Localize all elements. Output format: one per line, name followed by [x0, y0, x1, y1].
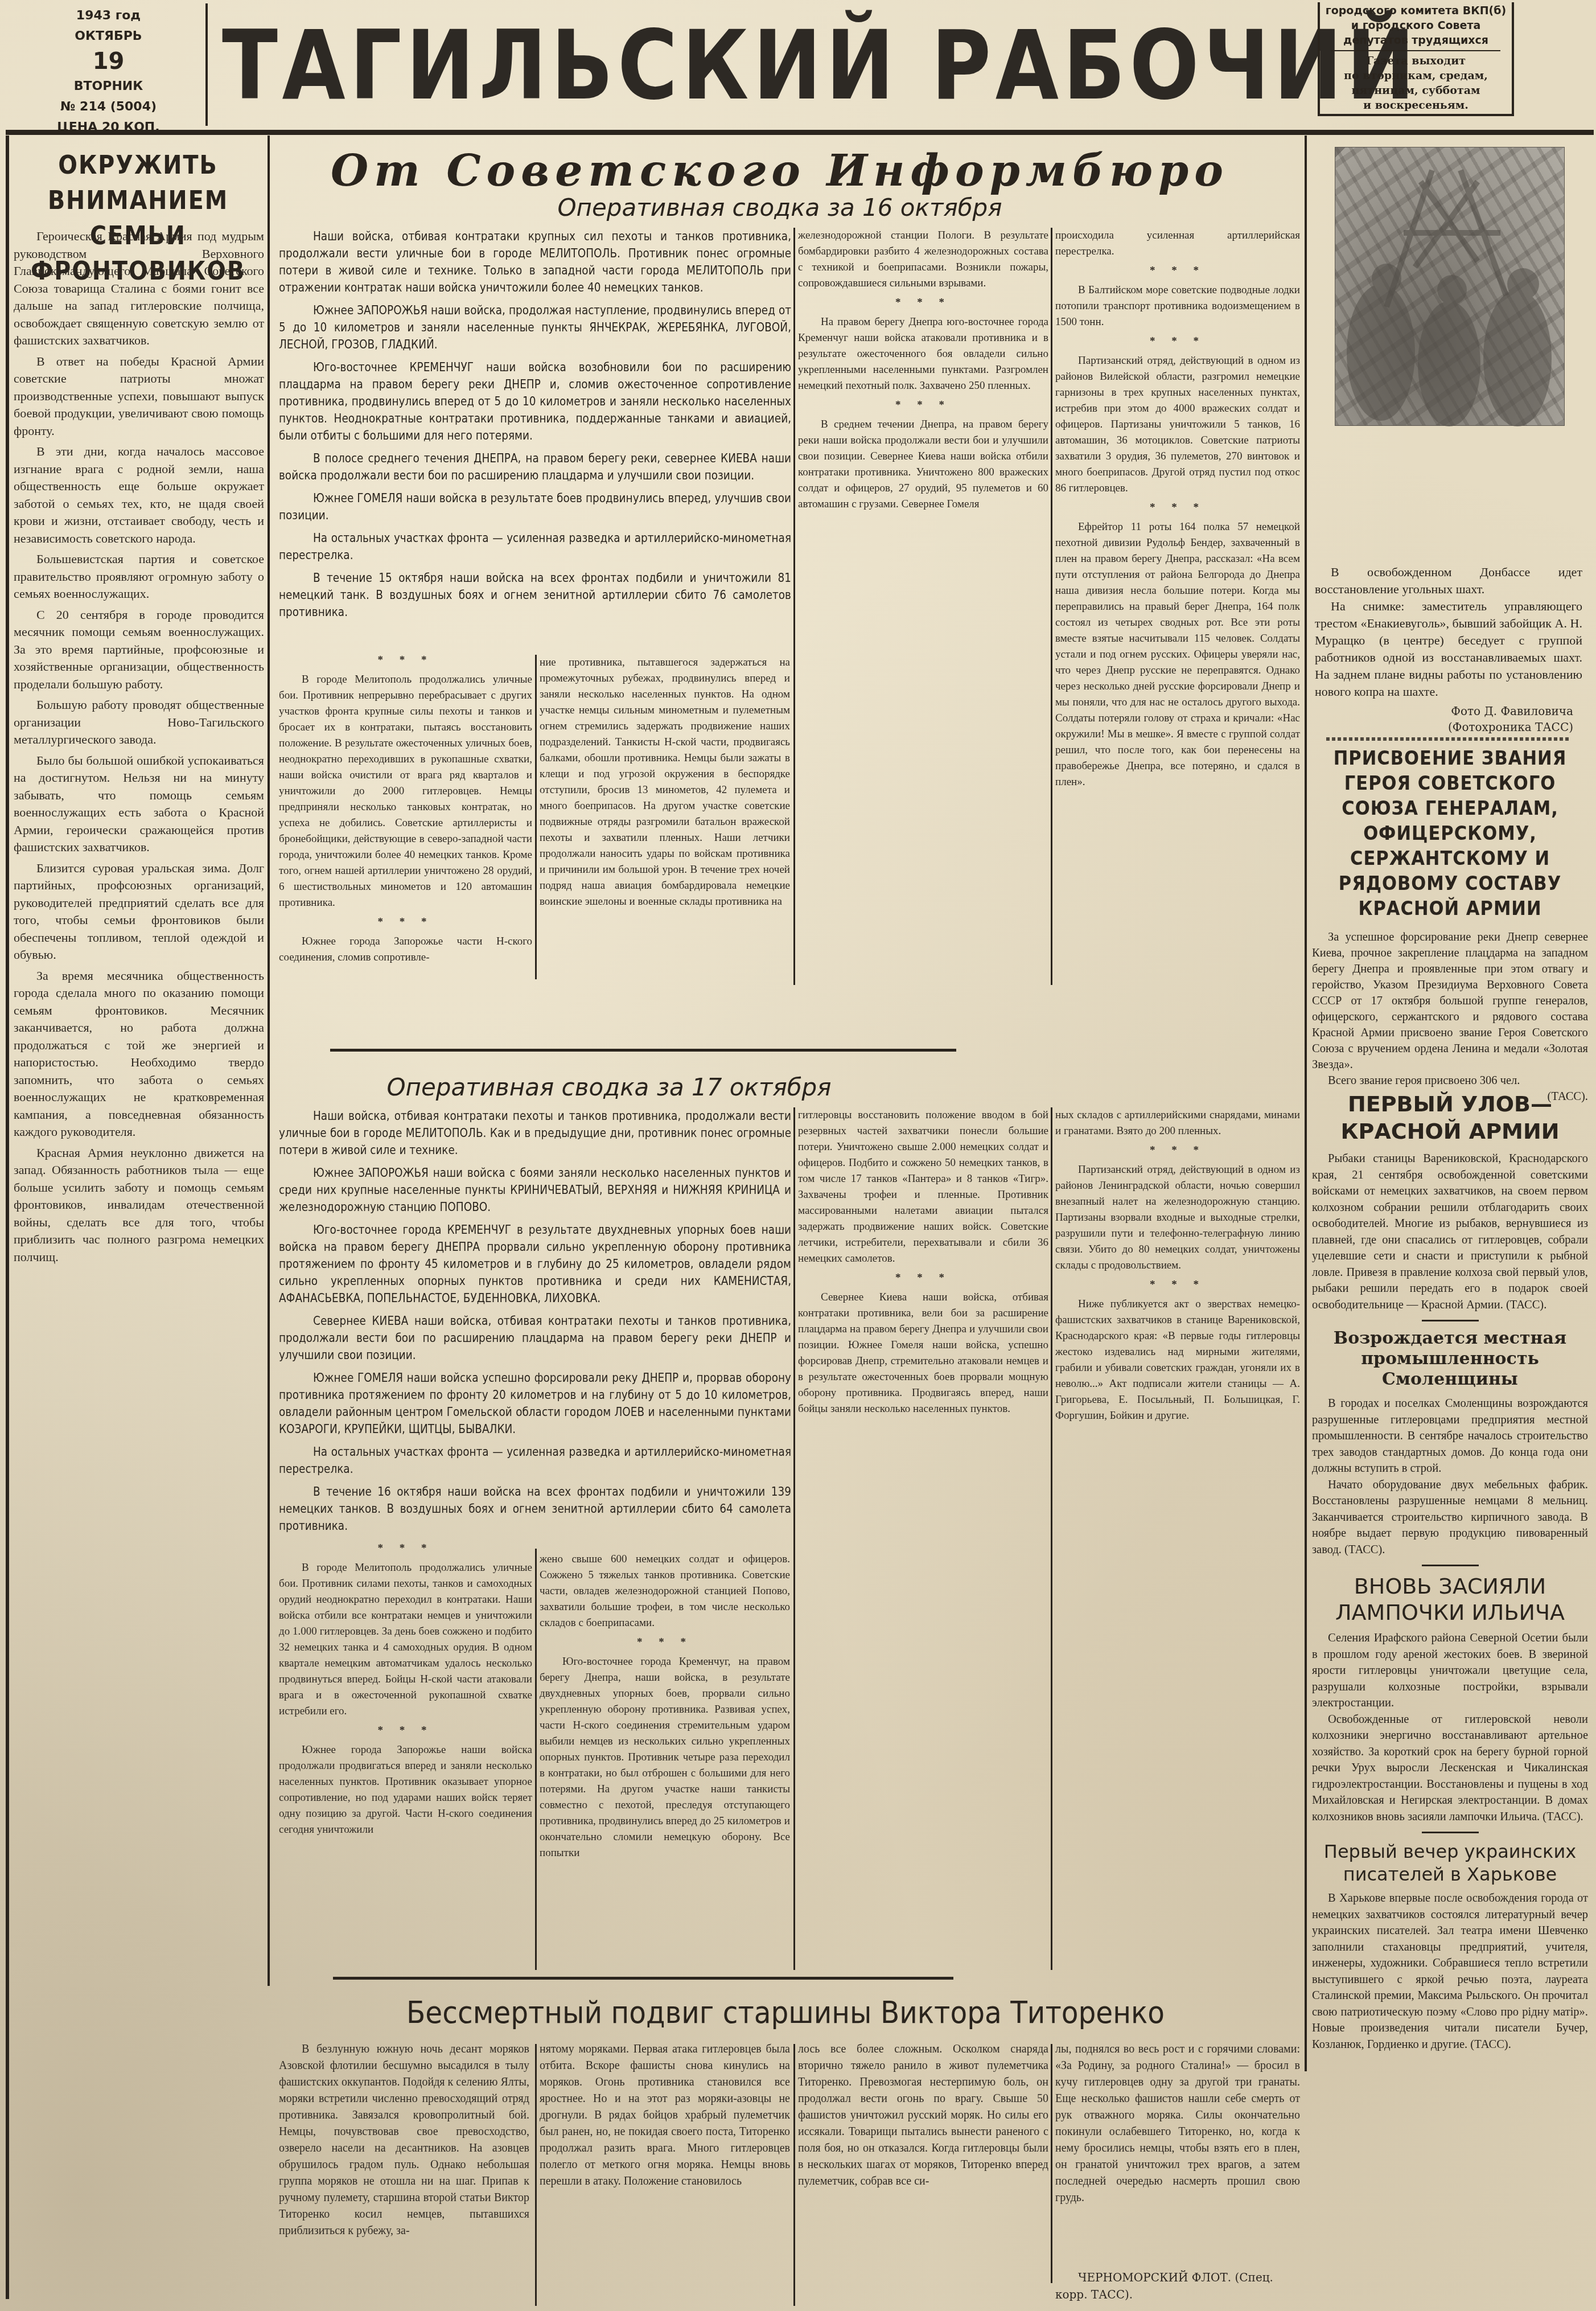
- separator-stars: * * *: [798, 1270, 1048, 1286]
- paragraph: Партизанский отряд, действующий в одном …: [1055, 1162, 1300, 1274]
- separator-stars: * * *: [1055, 1277, 1300, 1293]
- separator-stars: * * *: [1055, 1143, 1300, 1159]
- separator-stars: * * *: [798, 295, 1048, 311]
- paragraph: нятому моряками. Первая атака гитлеровце…: [540, 2041, 790, 2190]
- caption-line: На снимке: заместитель управляющего трес…: [1315, 598, 1582, 700]
- paragraph: В ответ на победы Красной Армии советски…: [14, 353, 264, 440]
- caption-line: В освобожденном Донбассе идет восстановл…: [1315, 564, 1582, 598]
- titorenko-col-4-text: лы, поднялся во весь рост и с горячими с…: [1055, 2041, 1300, 2257]
- paragraph: Севернее Киева наши войска, отбивая конт…: [798, 1290, 1048, 1417]
- titorenko-headline: Бессмертный подвиг старшины Виктора Тито…: [273, 1993, 1298, 2033]
- paragraph: Рыбаки станицы Варениковской, Краснодарс…: [1312, 1151, 1588, 1313]
- paragraph: Южнее ЗАПОРОЖЬЯ наши войска с боями заня…: [279, 1164, 791, 1216]
- separator-stars: * * *: [1055, 334, 1300, 350]
- schedule-line: Газета выходит: [1320, 54, 1512, 68]
- report-16-col-4: происходила усиленная артиллерийская пер…: [1055, 228, 1300, 985]
- paragraph: Наши войска, отбивая контратаки пехоты и…: [279, 1107, 791, 1159]
- paragraph: Всего звание героя присвоено 306 чел.: [1312, 1073, 1588, 1089]
- report-16-main: Наши войска, отбивая контратаки крупных …: [279, 228, 791, 626]
- column-divider: [535, 1549, 537, 1970]
- issue-month: ОКТЯБРЬ: [11, 26, 205, 47]
- schedule-line: по вторникам, средам,: [1320, 68, 1512, 83]
- divider: [1422, 1565, 1479, 1566]
- credit-line: Фото Д. Фавиловича: [1315, 703, 1573, 719]
- informburo-title: От Советского Информбюро: [273, 145, 1286, 196]
- paragraph: Ниже публикуется акт о зверствах немецко…: [1055, 1296, 1300, 1424]
- photo-placeholder-icon: [1335, 147, 1565, 426]
- paragraph: За время месячника общественность города…: [14, 967, 264, 1141]
- newspaper-title: ТАГИЛЬСКИЙ РАБОЧИЙ: [222, 11, 1239, 120]
- separator-stars: * * *: [279, 914, 532, 930]
- paragraph: Близится суровая уральская зима. Долг па…: [14, 860, 264, 964]
- paragraph: происходила усиленная артиллерийская пер…: [1055, 228, 1300, 260]
- newspaper-page: 1943 год ОКТЯБРЬ 19 ВТОРНИК № 214 (5004)…: [0, 0, 1596, 2311]
- paragraph: лы, поднялся во весь рост и с горячими с…: [1055, 2041, 1300, 2206]
- credit-line: (Фотохроника ТАСС): [1315, 719, 1573, 735]
- paragraph: Юго-восточнее города КРЕМЕНЧУГ в результ…: [279, 1221, 791, 1307]
- publisher-line: и городского Совета: [1320, 18, 1512, 33]
- separator-stars: * * *: [279, 1723, 532, 1739]
- issue-info-box: 1943 год ОКТЯБРЬ 19 ВТОРНИК № 214 (5004)…: [11, 3, 208, 126]
- column-divider: [1305, 136, 1307, 2071]
- left-edge-rule: [6, 136, 9, 2299]
- report-17-col-1: * * * В городе Мелитополь продолжались у…: [279, 1537, 532, 1970]
- column-divider: [793, 2044, 795, 2306]
- paragraph: В городе Мелитополь продолжались уличные…: [279, 672, 532, 911]
- smolensk-body: В городах и поселках Смоленщины возрожда…: [1312, 1395, 1588, 1558]
- paragraph: лось все более сложным. Осколком снаряда…: [798, 2041, 1048, 2190]
- paragraph: В городе Мелитополь продолжались уличные…: [279, 1560, 532, 1719]
- smolensk-headline: Возрождается местная промышленность Смол…: [1312, 1328, 1588, 1390]
- paragraph: гитлеровцы восстановить положение вводом…: [798, 1107, 1048, 1267]
- paragraph: Юго-восточнее города Кременчуг, на право…: [540, 1654, 790, 1861]
- photo-donbass-mine: [1335, 147, 1565, 426]
- column-divider: [793, 228, 795, 985]
- paragraph: Южнее ЗАПОРОЖЬЯ наши войска, продолжая н…: [279, 302, 791, 353]
- paragraph: Южнее ГОМЕЛЯ наши войска успешно форсиро…: [279, 1369, 791, 1438]
- hero-body: За успешное форсирование реки Днепр севе…: [1312, 929, 1588, 1105]
- writers-body: В Харькове впервые после освобождения го…: [1312, 1890, 1588, 2053]
- report-17-title: Оперативная сводка за 17 октября: [273, 1073, 945, 1101]
- section-rule: [330, 1049, 956, 1052]
- report-17-col-2: жено свыше 600 немецких солдат и офицеро…: [540, 1551, 790, 1970]
- titorenko-col-1: В безлунную южную ночь десант моряков Аз…: [279, 2041, 529, 2309]
- column-divider: [1051, 2044, 1052, 2283]
- column-divider: [793, 1107, 795, 1970]
- paragraph: Партизанский отряд, действующий в одном …: [1055, 353, 1300, 496]
- photo-credit: Фото Д. Фавиловича (Фотохроника ТАСС): [1315, 703, 1582, 735]
- titorenko-col-3: лось все более сложным. Осколком снаряда…: [798, 2041, 1048, 2309]
- issue-number: № 214 (5004): [11, 97, 205, 117]
- publisher-box: городского комитета ВКП(б) и городского …: [1318, 2, 1514, 116]
- paragraph: Севернее КИЕВА наши войска, отбивая конт…: [279, 1312, 791, 1364]
- publisher-line: городского комитета ВКП(б): [1320, 3, 1512, 18]
- paragraph: В эти дни, когда началось массовое изгна…: [14, 443, 264, 547]
- column-divider: [268, 136, 270, 1986]
- paragraph: ных складов с артиллерийскими снарядами,…: [1055, 1107, 1300, 1139]
- paragraph: В течение 16 октября наши войска на всех…: [279, 1483, 791, 1534]
- separator-stars: * * *: [540, 1635, 790, 1651]
- paragraph: В безлунную южную ночь десант моряков Аз…: [279, 2041, 529, 2239]
- report-16-col-3: железнодорожной станции Пологи. В резуль…: [798, 228, 1048, 985]
- issue-weekday: ВТОРНИК: [11, 76, 205, 97]
- report-16-title: Оперативная сводка за 16 октября: [273, 194, 1286, 221]
- paragraph: Селения Ирафского района Северной Осетии…: [1312, 1630, 1588, 1711]
- catch-body: Рыбаки станицы Варениковской, Краснодарс…: [1312, 1151, 1588, 1313]
- paragraph: Ефрейтор 11 роты 164 полка 57 немецкой п…: [1055, 519, 1300, 790]
- paragraph: Было бы большой ошибкой успокаиваться на…: [14, 752, 264, 856]
- catch-headline: ПЕРВЫЙ УЛОВ— КРАСНОЙ АРМИИ: [1312, 1090, 1588, 1145]
- paragraph: В городах и поселках Смоленщины возрожда…: [1312, 1395, 1588, 1477]
- paragraph: В течение 15 октября наши войска на всех…: [279, 569, 791, 621]
- schedule-line: и воскресеньям.: [1320, 98, 1512, 113]
- paragraph: В среднем течении Днепра, на правом бере…: [798, 417, 1048, 512]
- catch-article: ПЕРВЫЙ УЛОВ— КРАСНОЙ АРМИИ Рыбаки станиц…: [1312, 1090, 1588, 2053]
- writers-headline: Первый вечер украинских писателей в Харь…: [1312, 1840, 1588, 1886]
- paragraph: В Харькове впервые после освобождения го…: [1312, 1890, 1588, 2053]
- paragraph: Начато оборудование двух мебельных фабри…: [1312, 1477, 1588, 1558]
- hero-headline: ПРИСВОЕНИЕ ЗВАНИЯ ГЕРОЯ СОВЕТСКОГО СОЮЗА…: [1312, 746, 1588, 921]
- paragraph: В Балтийском море советские подводные ло…: [1055, 282, 1300, 330]
- separator-stars: * * *: [798, 397, 1048, 413]
- paragraph: С 20 сентября в городе проводится месячн…: [14, 606, 264, 693]
- paragraph: На правом берегу Днепра юго-восточнее го…: [798, 314, 1048, 394]
- report-17-col-3: гитлеровцы восстановить положение вводом…: [798, 1107, 1048, 1970]
- issue-day: 19: [11, 47, 205, 76]
- issue-year: 1943 год: [11, 6, 205, 26]
- paragraph: Большевистская партия и советское правит…: [14, 551, 264, 603]
- wavy-divider: [1326, 737, 1571, 741]
- paragraph: Юго-восточнее КРЕМЕНЧУГ наши войска возо…: [279, 359, 791, 444]
- paragraph: Красная Армия неуклонно движется на запа…: [14, 1144, 264, 1266]
- report-16-col-1: * * * В городе Мелитополь продолжались у…: [279, 649, 532, 985]
- report-16-col-2: ние противника, пытавшегося задержаться …: [540, 655, 790, 985]
- titorenko-col-4: лы, поднялся во весь рост и с горячими с…: [1055, 2041, 1300, 2309]
- paragraph: жено свыше 600 немецких солдат и офицеро…: [540, 1551, 790, 1631]
- paragraph: ние противника, пытавшегося задержаться …: [540, 655, 790, 910]
- paragraph: железнодорожной станции Пологи. В резуль…: [798, 228, 1048, 292]
- separator-stars: * * *: [1055, 500, 1300, 516]
- paragraph: Южнее ГОМЕЛЯ наши войска в результате бо…: [279, 490, 791, 524]
- report-17-main: Наши войска, отбивая контратаки пехоты и…: [279, 1107, 791, 1540]
- paragraph: Наши войска, отбивая контратаки крупных …: [279, 228, 791, 296]
- paragraph: За успешное форсирование реки Днепр севе…: [1312, 929, 1588, 1073]
- editorial-body: Героическая Красная Армия под мудрым рук…: [14, 228, 264, 2289]
- lamps-headline: ВНОВЬ ЗАСИЯЛИ ЛАМПОЧКИ ИЛЬИЧА: [1312, 1573, 1588, 1626]
- column-divider: [535, 2044, 537, 2306]
- column-divider: [1051, 228, 1052, 985]
- divider: [1422, 1832, 1479, 1833]
- column-divider: [1051, 1107, 1052, 1970]
- paragraph: Освобожденные от гитлеровской неволи кол…: [1312, 1711, 1588, 1825]
- separator-stars: * * *: [1055, 263, 1300, 279]
- paragraph: На остальных участках фронта — усиленная…: [279, 1443, 791, 1477]
- titorenko-byline: ЧЕРНОМОРСКИЙ ФЛОТ. (Спец. корр. ТАСС).: [1055, 2269, 1300, 2303]
- separator-stars: * * *: [279, 652, 532, 668]
- photo-caption: В освобожденном Донбассе идет восстановл…: [1315, 564, 1582, 700]
- schedule-line: пятницам, субботам: [1320, 83, 1512, 98]
- divider: [1331, 50, 1500, 51]
- separator-stars: * * *: [279, 1541, 532, 1557]
- paragraph: В полосе среднего течения ДНЕПРА, на пра…: [279, 450, 791, 484]
- titorenko-col-2: нятому моряками. Первая атака гитлеровце…: [540, 2041, 790, 2309]
- divider: [1422, 1320, 1479, 1321]
- masthead-rule: [6, 130, 1594, 135]
- publisher-line: депутатов трудящихся: [1320, 33, 1512, 48]
- report-17-col-4: ных складов с артиллерийскими снарядами,…: [1055, 1107, 1300, 1970]
- section-rule: [333, 1977, 953, 1980]
- hero-article: ПРИСВОЕНИЕ ЗВАНИЯ ГЕРОЯ СОВЕТСКОГО СОЮЗА…: [1312, 746, 1588, 1105]
- lamps-body: Селения Ирафского района Северной Осетии…: [1312, 1630, 1588, 1825]
- paragraph: Большую работу проводят общественные орг…: [14, 696, 264, 749]
- paragraph: Героическая Красная Армия под мудрым рук…: [14, 228, 264, 350]
- paragraph: Южнее города Запорожье части Н-ского сое…: [279, 934, 532, 966]
- paragraph: На остальных участках фронта — усиленная…: [279, 529, 791, 564]
- column-divider: [535, 655, 537, 979]
- paragraph: Южнее города Запорожье наши войска продо…: [279, 1742, 532, 1838]
